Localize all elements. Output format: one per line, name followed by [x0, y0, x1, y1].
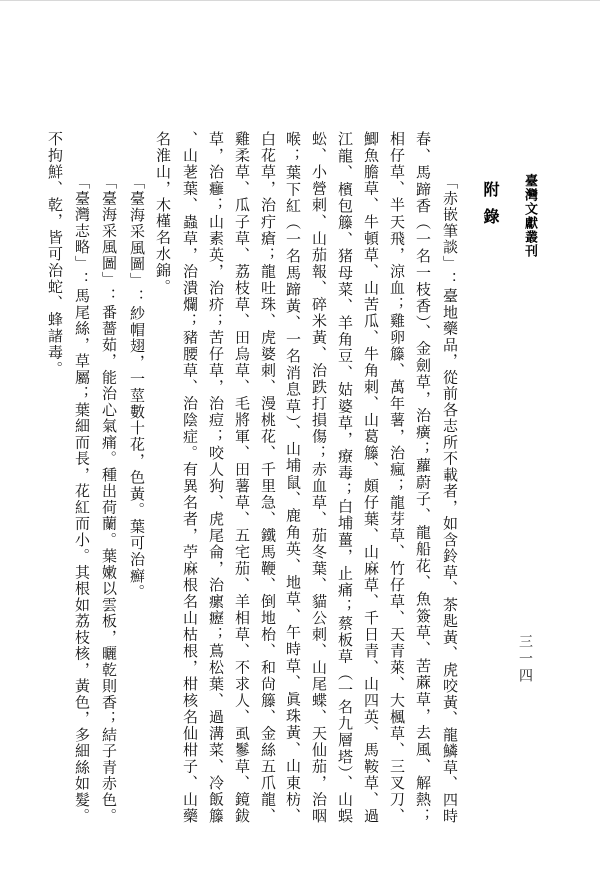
text-column: 、山荖葉、蟲草，治潰爛；豬腰草、治陰症。有異名者，苧麻根名山枯根，柑核名仙柑子、… [180, 131, 200, 823]
text-column: 草，治癰；山素英，治疥；苦仔草，治痘；咬人狗、虎尾侖，治瘰癧；蔦松葉、過溝菜、冷… [206, 131, 226, 823]
text-column: 鯽魚膽草、牛頓草、山苦瓜、牛角刺、山葛籐、頗仔葉、山麻草、千日青、山四英、馬鞍草… [361, 131, 381, 823]
text-column: 蚣、小營刺、山茄報、碎米黃、治跌打損傷；赤血草、茄冬葉、貓公刺、山尾蝶、天仙茄，… [309, 131, 329, 823]
text-column: 「赤嵌筆談」：臺地藥品，從前各志所不載者，如含鈴草、茶匙黃、虎咬黃、龍鱗草、四時 [440, 174, 460, 823]
text-column: 雞柔草、瓜子草、荔枝草、田烏草、毛將軍、田薯草、五宅茄、羊相草、不求人、虱鬖草、… [232, 131, 252, 823]
text-column: 不拘鮮、乾，皆可治蛇、蜂諸毒。 [45, 131, 65, 377]
series-title: 臺灣文獻叢刊 [521, 174, 537, 258]
text-column: 「臺海采風圖」：番薔茹，能治心氣痛。種出荷蘭。葉嫩以雲板，曬乾則香；結子青赤色。 [99, 174, 119, 823]
text-column: 春、馬蹄香（一名一枝香）、金劍草，治癀；蘿蔚子、龍船花、魚簽草、苦蔴草，去風、解… [413, 131, 433, 823]
text-column: 「臺海采風圖」：紗帽翅，一莖數十花，色黃。葉可治癬。 [127, 174, 147, 600]
text-column: 名淮山，木槿名水錦。 [153, 131, 173, 295]
text-column: 喉；葉下紅（一名馬蹄黃、一名消息草）、山埔鼠、鹿角英、地草、午時草、眞珠黃、山東… [283, 131, 303, 823]
text-column: 江龍、檳包籐、猪母菜、羊角豆、姑婆草，療毒；白埔薑，止痛；蔡板草（一名九層塔）、… [335, 131, 355, 823]
text-column: 白花草，治疔瘡；龍吐珠、虎婆刺、漫桃花、千里急、鐵馬鞭、倒地枱、和尙籐、金絲五爪… [258, 131, 278, 823]
text-column: 「臺灣志略」：馬尾絲，草屬；葉細而長，花紅而小。其根如荔枝核，黃色，多細絲如髮。 [72, 174, 92, 823]
section-title: 附錄 [481, 181, 499, 235]
page-number: 三一四 [517, 634, 533, 685]
text-column: 相仔草、半天飛，涼血；雞卵籐、萬年薯，治瘋；龍芽草、竹仔草、天青萊、大楓草、三叉… [387, 131, 407, 823]
document-page: 臺灣文獻叢刊 附錄 三一四 「赤嵌筆談」：臺地藥品，從前各志所不載者，如含鈴草、… [0, 0, 600, 881]
